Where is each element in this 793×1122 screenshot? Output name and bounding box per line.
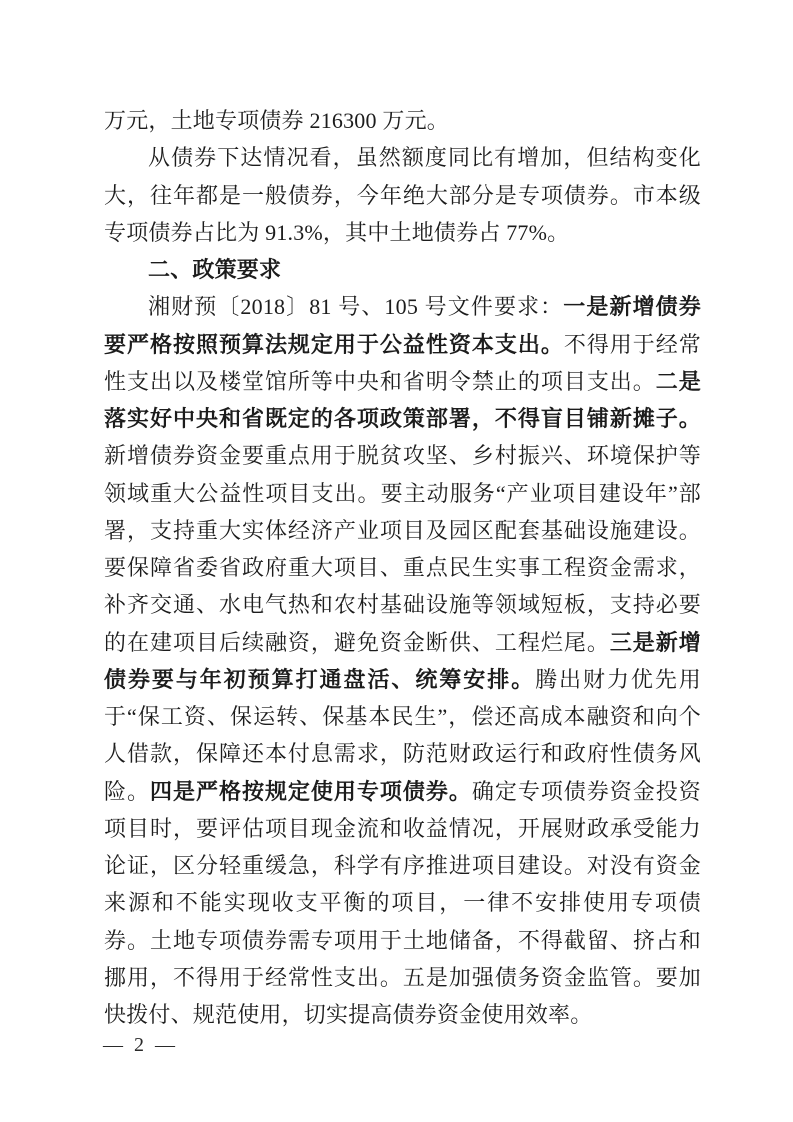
section-heading-policy-requirements: 二、政策要求 <box>104 251 701 288</box>
paragraph-policy-details: 湘财预〔2018〕81 号、105 号文件要求：一是新增债券要严格按照预算法规定… <box>104 288 701 1033</box>
paragraph-bond-structure: 从债券下达情况看，虽然额度同比有增加，但结构变化大，往年都是一般债券，今年绝大部… <box>104 139 701 251</box>
document-body: 万元，土地专项债券 216300 万元。 从债券下达情况看，虽然额度同比有增加，… <box>104 102 701 1033</box>
paragraph-amount-continuation: 万元，土地专项债券 216300 万元。 <box>104 102 701 139</box>
document-page: 万元，土地专项债券 216300 万元。 从债券下达情况看，虽然额度同比有增加，… <box>0 0 793 1122</box>
page-number: — 2 — <box>103 1034 178 1057</box>
